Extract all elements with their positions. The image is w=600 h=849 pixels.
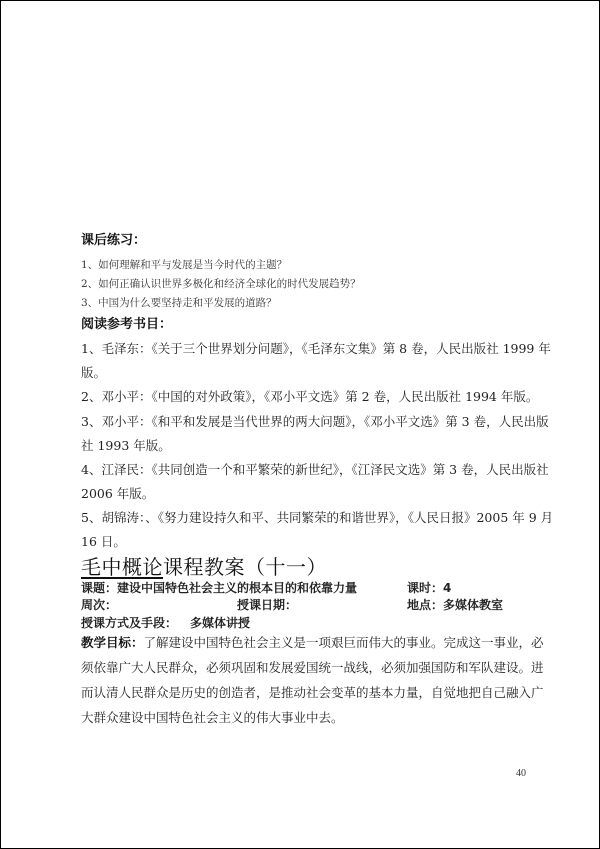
reading-line: 5、胡锦涛：、《努力建设持久和平、共同繁荣的和谐世界》，《人民日报》2005 年… bbox=[81, 508, 553, 526]
lesson-date: 授课日期： bbox=[237, 596, 297, 613]
lesson-method-label: 授课方式及手段： bbox=[81, 614, 177, 631]
exercise-item: 2、如何正确认识世界多极化和经济全球化的时代发展趋势？ bbox=[81, 276, 361, 291]
reading-line: 1、毛泽东：《关于三个世界划分问题》，《毛泽东文集》第 8 卷，人民出版社 19… bbox=[81, 339, 551, 357]
reading-line: 3、邓小平：《和平和发展是当代世界的两大问题》，《邓小平文选》第 3 卷，人民出… bbox=[81, 412, 549, 430]
teaching-goal-line: 教学目标：了解建设中国特色社会主义是一项艰巨而伟大的事业。完成这一事业，必 bbox=[81, 633, 544, 651]
reading-line: 社 1993 年版。 bbox=[81, 436, 171, 454]
reading-line: 4、江泽民：《共同创造一个和平繁荣的新世纪》，《江泽民文选》第 3 卷，人民出版… bbox=[81, 460, 549, 478]
teaching-goal-line: 而认清人民群众是历史的创造者，是推动社会变革的基本力量，自觉地把自己融入广 bbox=[81, 683, 544, 701]
teaching-goal-label: 教学目标： bbox=[81, 635, 144, 650]
lesson-method-value: 多媒体讲授 bbox=[190, 614, 250, 631]
reading-line: 16 日。 bbox=[81, 532, 126, 550]
reading-line: 版。 bbox=[81, 363, 106, 381]
lesson-title-course: 毛中概论 bbox=[81, 555, 163, 579]
document-page: 课后练习： 1、如何理解和平与发展是当今时代的主题？ 2、如何正确认识世界多极化… bbox=[0, 0, 600, 849]
lesson-title: 毛中概论课程教案（十一） bbox=[81, 551, 327, 580]
lesson-week: 周次： bbox=[81, 596, 117, 613]
teaching-goal-line: 须依靠广大人民群众，必须巩固和发展爱国统一战线，必须加强国防和军队建设。进 bbox=[81, 658, 544, 676]
lesson-topic: 课题：建设中国特色社会主义的根本目的和依靠力量 bbox=[81, 579, 357, 596]
exercise-item: 1、如何理解和平与发展是当今时代的主题？ bbox=[81, 257, 287, 272]
reading-line: 2、邓小平：《中国的对外政策》，《邓小平文选》第 2 卷，人民出版社 1994 … bbox=[81, 387, 538, 405]
lesson-title-rest: 课程教案（十一） bbox=[163, 555, 327, 579]
lesson-hours: 课时：4 bbox=[407, 579, 451, 596]
teaching-goal-line: 大群众建设中国特色社会主义的伟大事业中去。 bbox=[81, 708, 344, 726]
exercises-heading: 课后练习： bbox=[81, 229, 146, 248]
reading-line: 2006 年版。 bbox=[81, 484, 154, 502]
exercise-item: 3、中国为什么要坚持走和平发展的道路？ bbox=[81, 295, 277, 310]
page-number: 40 bbox=[516, 768, 526, 779]
readings-heading: 阅读参考书目： bbox=[81, 313, 172, 332]
lesson-location: 地点：多媒体教室 bbox=[407, 596, 503, 613]
teaching-goal-text: 了解建设中国特色社会主义是一项艰巨而伟大的事业。完成这一事业，必 bbox=[144, 635, 544, 650]
